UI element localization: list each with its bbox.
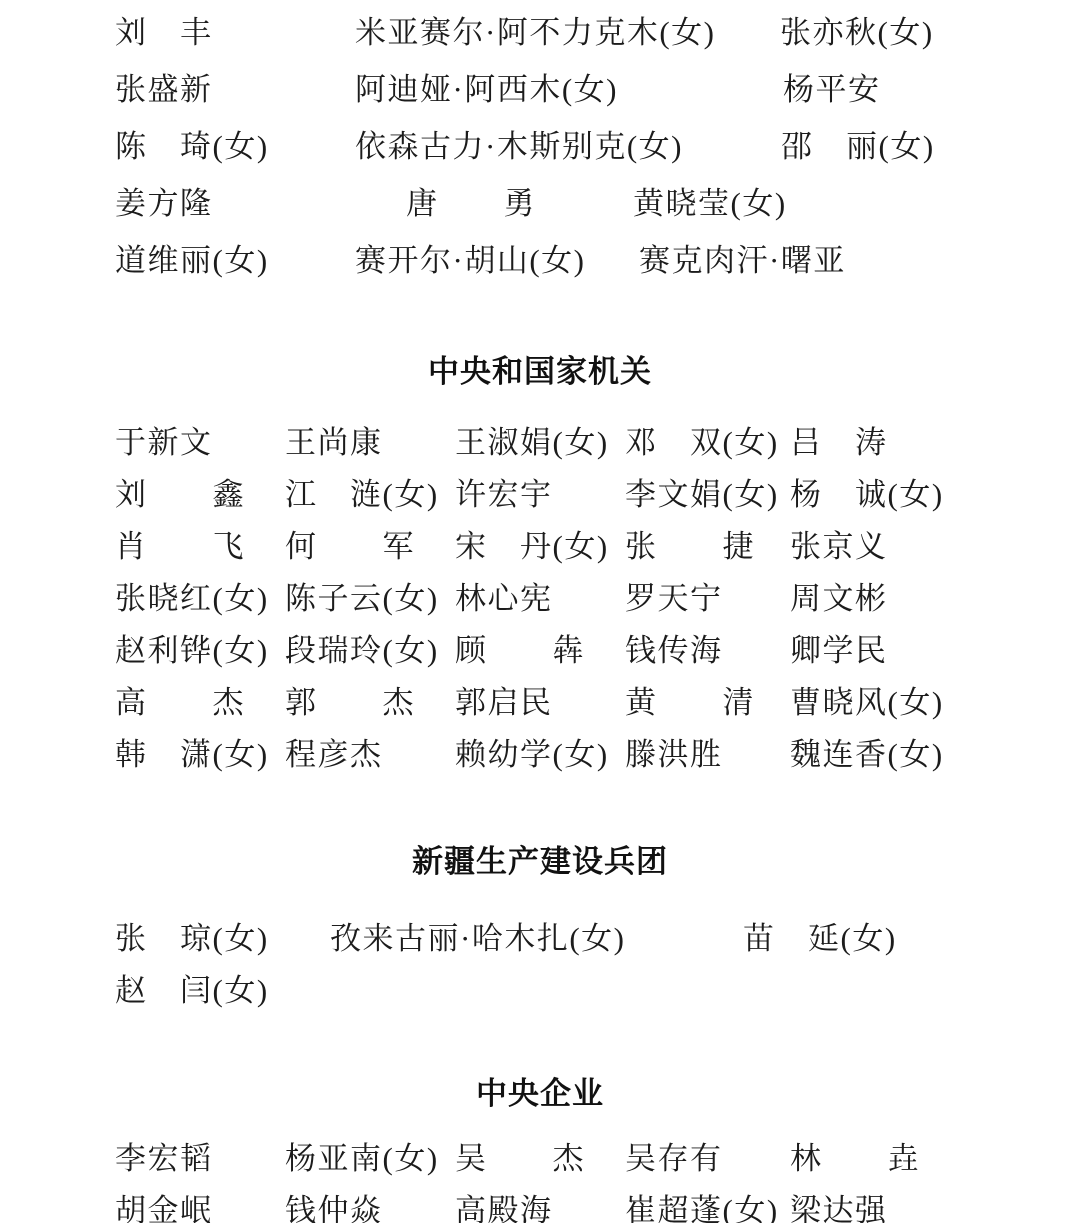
name-cell: 赖幼学(女) bbox=[455, 737, 609, 773]
name-cell: 唐 勇 bbox=[406, 186, 536, 222]
name-cell: 李文娟(女) bbox=[625, 477, 779, 513]
name-cell: 滕洪胜 bbox=[625, 737, 723, 773]
name-cell: 张晓红(女) bbox=[115, 581, 269, 617]
name-cell: 郭启民 bbox=[455, 685, 553, 721]
name-cell: 道维丽(女) bbox=[115, 243, 269, 279]
name-cell: 林 垚 bbox=[790, 1141, 920, 1177]
section-header-xinjiang-production-construction-corps: 新疆生产建设兵团 bbox=[0, 844, 1080, 880]
name-cell: 杨亚南(女) bbox=[285, 1141, 439, 1177]
name-cell: 顾 犇 bbox=[455, 633, 585, 669]
name-cell: 胡金岷 bbox=[115, 1193, 213, 1223]
name-cell: 钱传海 bbox=[625, 633, 723, 669]
section-header-central-state-organs: 中央和国家机关 bbox=[0, 354, 1080, 390]
name-cell: 罗天宁 bbox=[625, 581, 723, 617]
name-cell: 宋 丹(女) bbox=[455, 529, 609, 565]
name-cell: 杨平安 bbox=[783, 72, 881, 108]
name-cell: 赵利铧(女) bbox=[115, 633, 269, 669]
name-cell: 刘 鑫 bbox=[115, 477, 245, 513]
name-cell: 张 琼(女) bbox=[115, 921, 269, 957]
name-cell: 林心宪 bbox=[455, 581, 553, 617]
section-header-central-enterprises: 中央企业 bbox=[0, 1076, 1080, 1112]
name-cell: 钱仲焱 bbox=[285, 1193, 383, 1223]
name-cell: 周文彬 bbox=[790, 581, 888, 617]
name-cell: 苗 延(女) bbox=[743, 921, 897, 957]
name-cell: 吴存有 bbox=[625, 1141, 723, 1177]
name-cell: 张京义 bbox=[790, 529, 888, 565]
name-cell: 孜来古丽·哈木扎(女) bbox=[330, 921, 625, 957]
name-cell: 卿学民 bbox=[790, 633, 888, 669]
name-cell: 赛克肉汗·曙亚 bbox=[639, 243, 846, 279]
name-cell: 魏连香(女) bbox=[790, 737, 944, 773]
name-cell: 吴 杰 bbox=[455, 1141, 585, 1177]
name-cell: 张 捷 bbox=[625, 529, 755, 565]
name-cell: 邓 双(女) bbox=[625, 425, 779, 461]
name-cell: 刘 丰 bbox=[115, 15, 213, 51]
name-cell: 郭 杰 bbox=[285, 685, 415, 721]
name-cell: 杨 诚(女) bbox=[790, 477, 944, 513]
name-cell: 阿迪娅·阿西木(女) bbox=[355, 72, 618, 108]
name-cell: 邵 丽(女) bbox=[781, 129, 935, 165]
name-cell: 何 军 bbox=[285, 529, 415, 565]
name-cell: 赵 闫(女) bbox=[115, 973, 269, 1009]
name-cell: 王尚康 bbox=[285, 425, 383, 461]
name-cell: 李宏韬 bbox=[115, 1141, 213, 1177]
name-cell: 赛开尔·胡山(女) bbox=[355, 243, 585, 279]
name-cell: 高殿海 bbox=[455, 1193, 553, 1223]
name-cell: 许宏宇 bbox=[455, 477, 553, 513]
name-cell: 段瑞玲(女) bbox=[285, 633, 439, 669]
name-cell: 黄晓莹(女) bbox=[633, 186, 787, 222]
name-cell: 高 杰 bbox=[115, 685, 245, 721]
name-cell: 崔超蓬(女) bbox=[625, 1193, 779, 1223]
document-page: 刘 丰米亚赛尔·阿不力克木(女)张亦秋(女)张盛新阿迪娅·阿西木(女)杨平安陈 … bbox=[0, 0, 1080, 1223]
name-cell: 黄 清 bbox=[625, 685, 755, 721]
name-cell: 曹晓风(女) bbox=[790, 685, 944, 721]
name-cell: 江 涟(女) bbox=[285, 477, 439, 513]
name-cell: 依森古力·木斯别克(女) bbox=[355, 129, 683, 165]
name-cell: 于新文 bbox=[115, 425, 213, 461]
name-cell: 王淑娟(女) bbox=[455, 425, 609, 461]
name-cell: 张盛新 bbox=[115, 72, 213, 108]
name-cell: 张亦秋(女) bbox=[780, 15, 934, 51]
name-cell: 姜方隆 bbox=[115, 186, 213, 222]
name-cell: 陈子云(女) bbox=[285, 581, 439, 617]
name-cell: 肖 飞 bbox=[115, 529, 245, 565]
name-cell: 梁达强 bbox=[790, 1193, 888, 1223]
name-cell: 吕 涛 bbox=[790, 425, 888, 461]
name-cell: 韩 潇(女) bbox=[115, 737, 269, 773]
name-cell: 程彦杰 bbox=[285, 737, 383, 773]
name-cell: 陈 琦(女) bbox=[115, 129, 269, 165]
name-cell: 米亚赛尔·阿不力克木(女) bbox=[355, 15, 715, 51]
